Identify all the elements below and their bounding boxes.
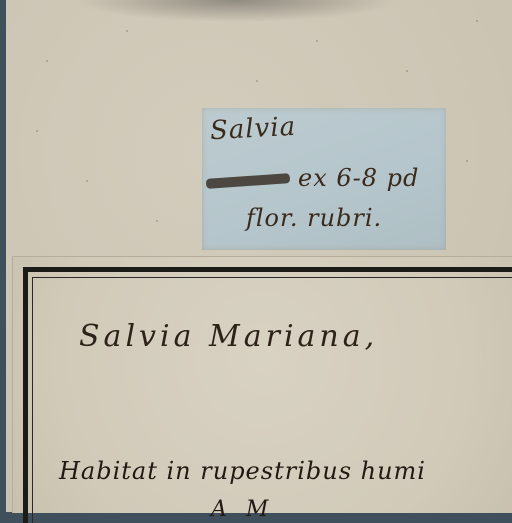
handwritten-slip: Salvia ex 6-8 pd flor. rubri. [202,108,446,250]
slip-flower-note: flor. rubri. [246,204,382,232]
printed-label: Salvia Mariana, Habitat in rupestribus h… [12,256,512,512]
struck-out-word [206,173,290,189]
paper-speck [256,80,258,82]
paper-speck [156,220,158,222]
paper-speck [46,60,48,62]
paper-speck [86,180,88,182]
slip-genus: Salvia [209,112,297,146]
paper-speck [406,70,408,72]
paper-speck [316,40,318,42]
species-title: Salvia Mariana, [79,319,378,354]
paper-speck [36,130,38,132]
habitat-line-1: Habitat in rupestribus humi [59,457,426,485]
habitat-line-2: A M [211,497,274,512]
slip-height-note: ex 6-8 pd [298,164,419,192]
paper-speck [466,160,468,162]
paper-speck [126,30,128,32]
paper-speck [476,20,478,22]
